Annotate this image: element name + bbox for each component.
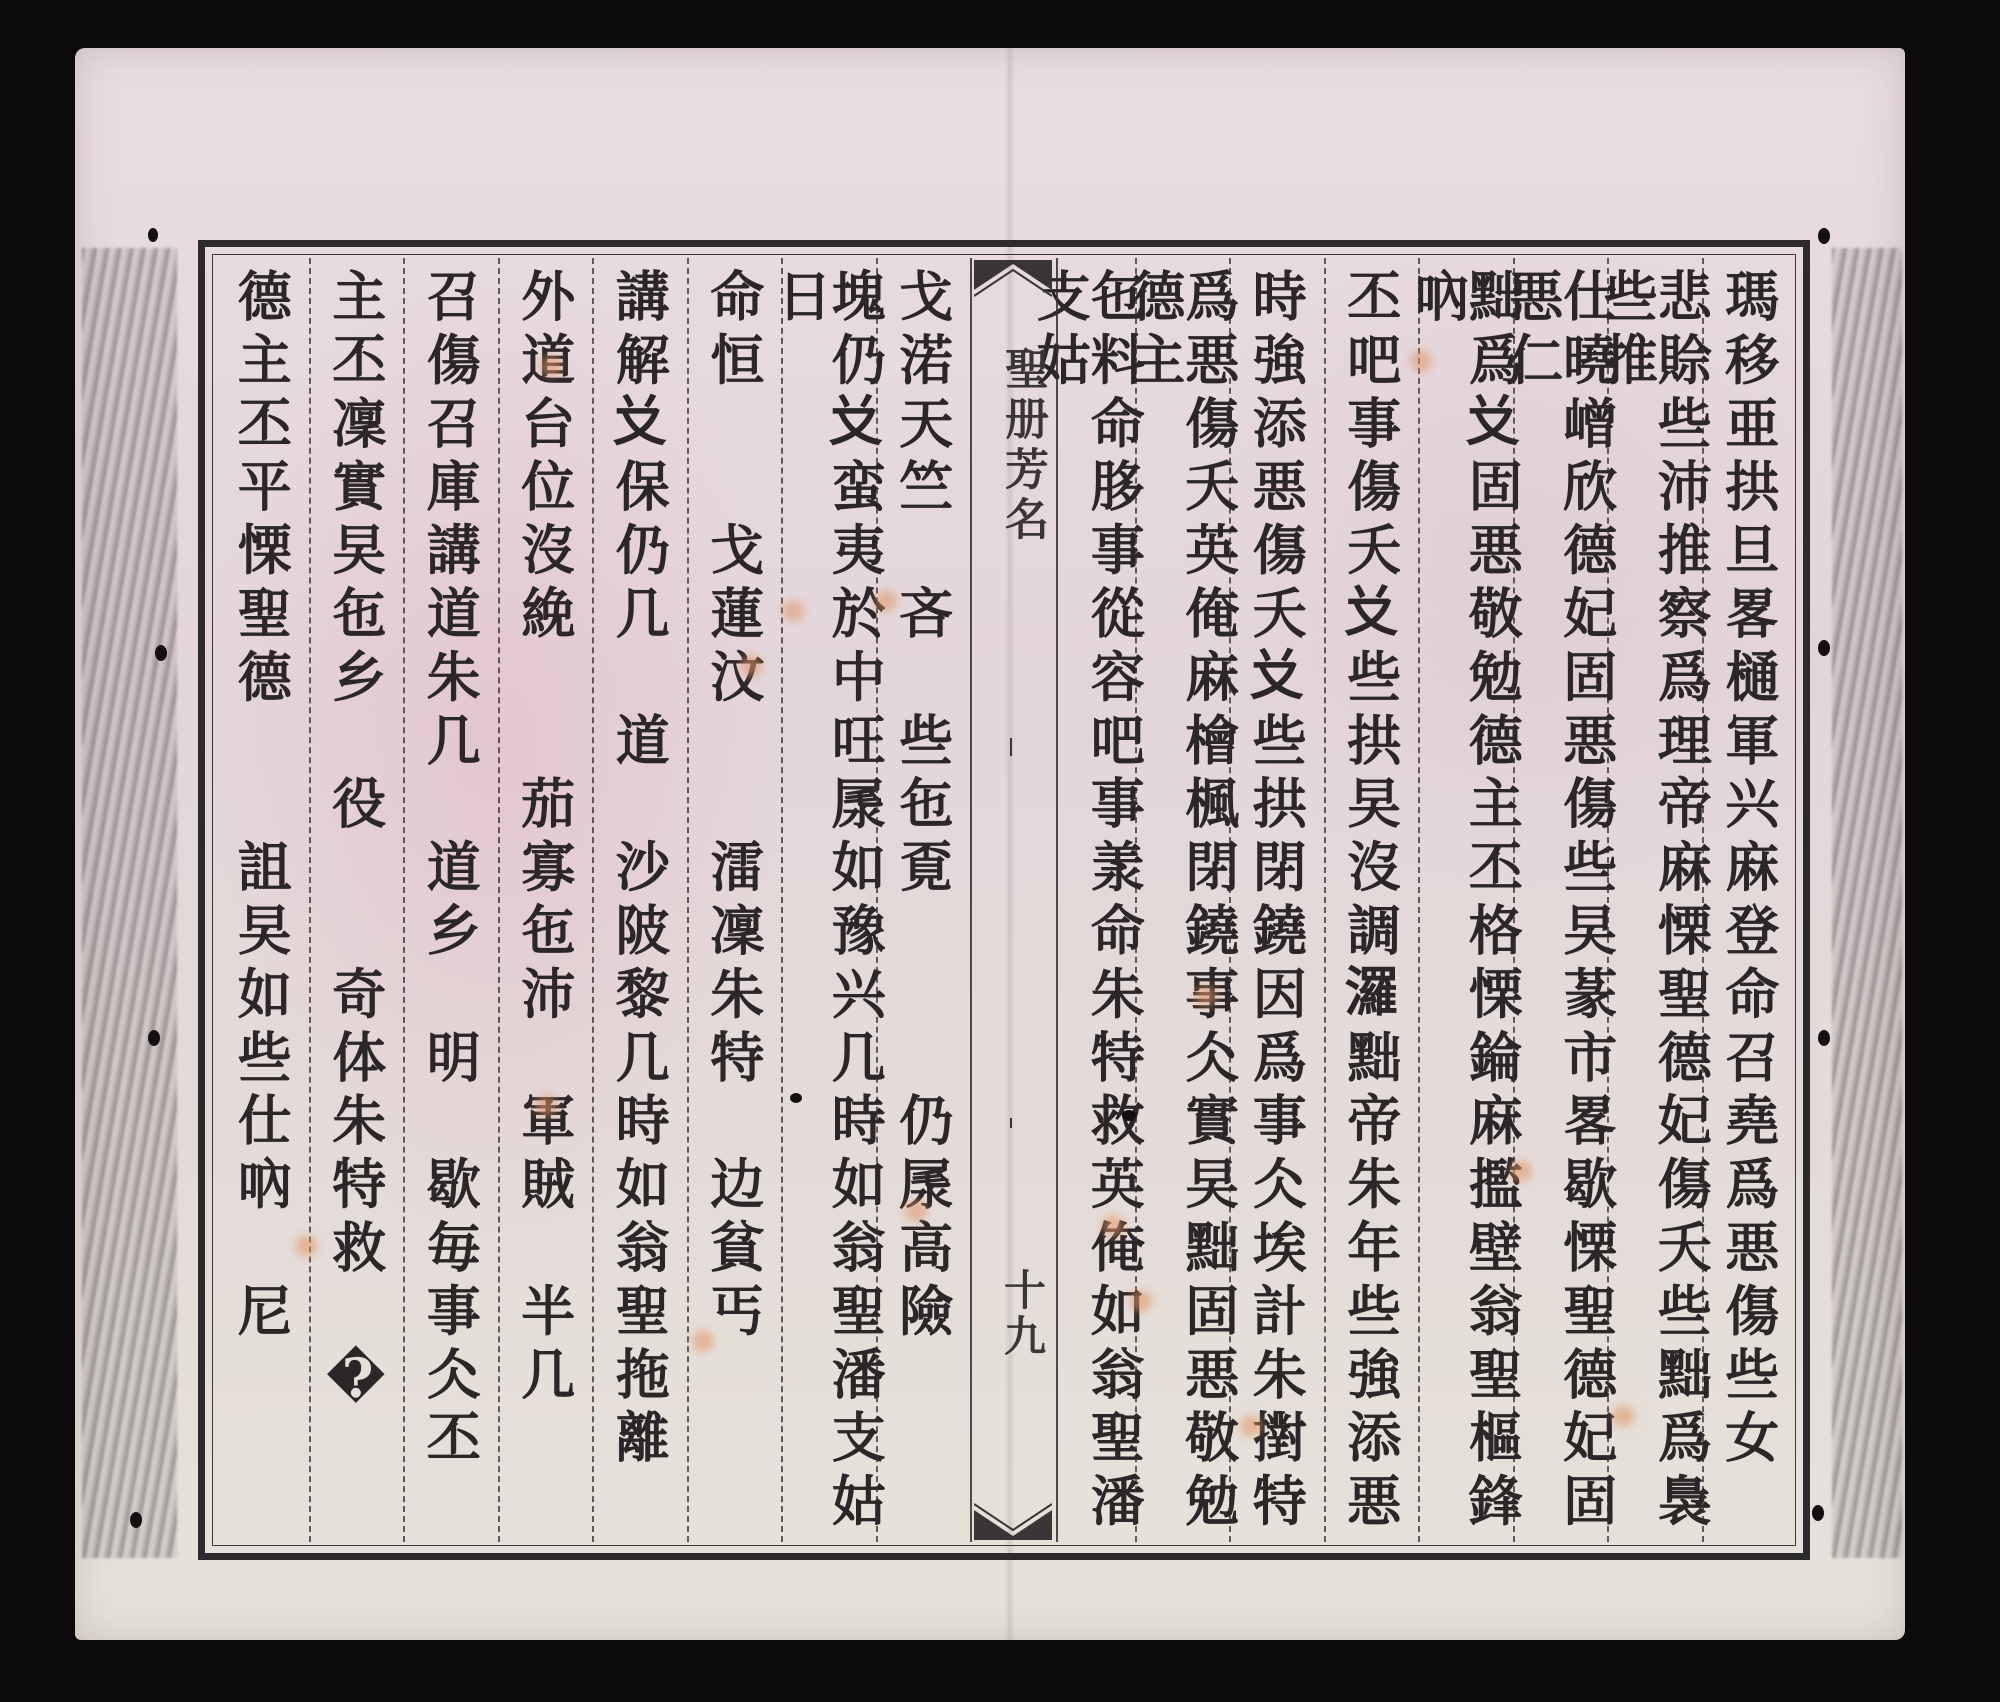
binding-hole	[1818, 640, 1830, 656]
column-rule	[403, 258, 405, 1542]
binding-hole	[148, 228, 158, 242]
column-rule	[309, 258, 311, 1542]
text-column-10: 塊仍𠬠蛮夷於中㕵㞙如豫兴几時如翁聖潘支姑日	[781, 258, 876, 1542]
text-column-13: 外道台位沒絻𣅶𦔴茄寡㐌沛𨢇軍賊𡪵半几	[498, 258, 593, 1542]
fish-tail-bottom-icon	[974, 1500, 1052, 1540]
column-text: 塊仍𠬠蛮夷於中㕵㞙如豫兴几時如翁聖潘支姑日	[774, 258, 882, 1542]
column-text: 講解𠬠保仍几𦀊道𢜝沙陂黎几時如翁聖拖離	[612, 258, 666, 1473]
column-rule	[1229, 258, 1231, 1542]
binding-hole	[1818, 1030, 1830, 1046]
column-rule	[687, 258, 689, 1542]
fish-tail-top-icon	[974, 260, 1052, 300]
binding-hole	[1122, 1110, 1136, 1121]
column-rule	[1702, 258, 1704, 1542]
text-column-3: 仕曉嶒欣德妃固悪傷些旲蒃市畧歇慄聖德妃固悪仁	[1513, 258, 1608, 1542]
column-text: 戈渃天竺𢧚吝𠬠些㐌覔𠬠𨁏𨕭仍㞙高險	[896, 258, 950, 1346]
column-text: 召傷召庫講道朱几𦀊道乡𥗐明𨕭歇毎事仌丕	[423, 258, 477, 1473]
column-rule	[781, 258, 783, 1542]
foxing-stain	[875, 590, 897, 612]
text-column-5: 丕吧事傷夭𠬠些拱旲沒調𤄷黜帝朱年些強添悪	[1324, 258, 1419, 1542]
foxing-stain	[1130, 1290, 1152, 1312]
foxing-stain	[740, 655, 762, 677]
foxing-stain	[1510, 1160, 1532, 1182]
text-column-6: 時強添悪傷夭𠬠些拱閉鐃因爲事仌埃計朱𢷮特	[1229, 258, 1324, 1542]
column-text: 外道台位沒絻𣅶𦔴茄寡㐌沛𨢇軍賊𡪵半几	[518, 258, 572, 1409]
column-rule	[1607, 258, 1609, 1542]
foxing-stain	[295, 1235, 317, 1257]
column-text: 丕吧事傷夭𠬠些拱旲沒調𤄷黜帝朱年些強添悪	[1344, 258, 1398, 1536]
column-text: 命恒𣋚𨀈戈蓮汶𣘈𧴱㵢凜朱特𨕭边貧丐	[707, 258, 761, 1346]
center-column: 聖册芳名 十九	[970, 258, 1056, 1542]
foxing-stain	[905, 1200, 927, 1222]
foxing-stain	[1240, 1415, 1262, 1437]
binding-hole	[1812, 1505, 1824, 1521]
text-column-2: 悲賒些沛推察爲理帝麻慄聖德妃傷夭些黜爲裊些推	[1607, 258, 1702, 1542]
ink-smudge-left	[82, 248, 177, 1558]
foxing-stain	[1102, 1215, 1124, 1237]
column-rule	[592, 258, 594, 1542]
foxing-stain	[782, 600, 804, 622]
foxing-stain	[1612, 1405, 1634, 1427]
foxing-stain	[540, 355, 562, 377]
tick-mark	[1010, 738, 1012, 756]
column-text: 主丕凜實旲㐌乡𢧚役𨖲𨕭奇体朱特救𥙩�	[329, 258, 383, 1419]
binding-hole	[130, 1512, 142, 1528]
text-column-7: 爲悪傷夭英俺麻檜楓閉鐃事仌實旲黜固悪敬勉德主	[1135, 258, 1230, 1542]
foxing-stain	[1410, 350, 1432, 372]
center-column-rule	[1056, 258, 1058, 1542]
binding-hole	[790, 1093, 802, 1103]
text-column-1: 瑪移亜拱旦畧樋軍兴麻登命召堯爲悪傷些女	[1702, 258, 1797, 1542]
foxing-stain	[535, 1095, 557, 1117]
page-number: 十九	[992, 1268, 1052, 1360]
book-title: 聖册芳名	[990, 346, 1054, 546]
text-column-12: 講解𠬠保仍几𦀊道𢜝沙陂黎几時如翁聖拖離	[592, 258, 687, 1542]
column-text: 時強添悪傷夭𠬠些拱閉鐃因爲事仌埃計朱𢷮特	[1249, 258, 1303, 1536]
tick-mark	[1010, 1118, 1012, 1128]
column-rule	[1324, 258, 1326, 1542]
binding-hole	[148, 1030, 160, 1046]
text-column-16: 德主丕平慄聖德𡛔𠱊詛旲如些仕吶𡗶尼𢥈	[214, 258, 309, 1542]
binding-hole	[1818, 228, 1830, 244]
column-rule	[876, 258, 878, 1542]
text-column-9: 戈渃天竺𢧚吝𠬠些㐌覔𠬠𨁏𨕭仍㞙高險	[876, 258, 971, 1542]
text-column-15: 主丕凜實旲㐌乡𢧚役𨖲𨕭奇体朱特救𥙩�	[309, 258, 404, 1542]
foxing-stain	[692, 1330, 714, 1352]
column-rule	[1513, 258, 1515, 1542]
column-rule	[1418, 258, 1420, 1542]
ink-smudge-right	[1832, 248, 1902, 1558]
column-rule	[1135, 258, 1137, 1542]
binding-hole	[155, 645, 167, 661]
column-text: 瑪移亜拱旦畧樋軍兴麻登命召堯爲悪傷些女	[1722, 258, 1776, 1473]
text-column-4: 黜爲𠬠固悪敬勉德主丕格慄錀麻㩜壁翁聖樞鋒吶	[1418, 258, 1513, 1542]
column-text: 黜爲𠬠固悪敬勉德主丕格慄錀麻㩜壁翁聖樞鋒吶	[1411, 258, 1519, 1542]
text-column-14: 召傷召庫講道朱几𦀊道乡𥗐明𨕭歇毎事仌丕	[403, 258, 498, 1542]
column-text: 德主丕平慄聖德𡛔𠱊詛旲如些仕吶𡗶尼𢥈	[234, 258, 288, 1409]
foxing-stain	[1195, 985, 1217, 1007]
column-rule	[498, 258, 500, 1542]
